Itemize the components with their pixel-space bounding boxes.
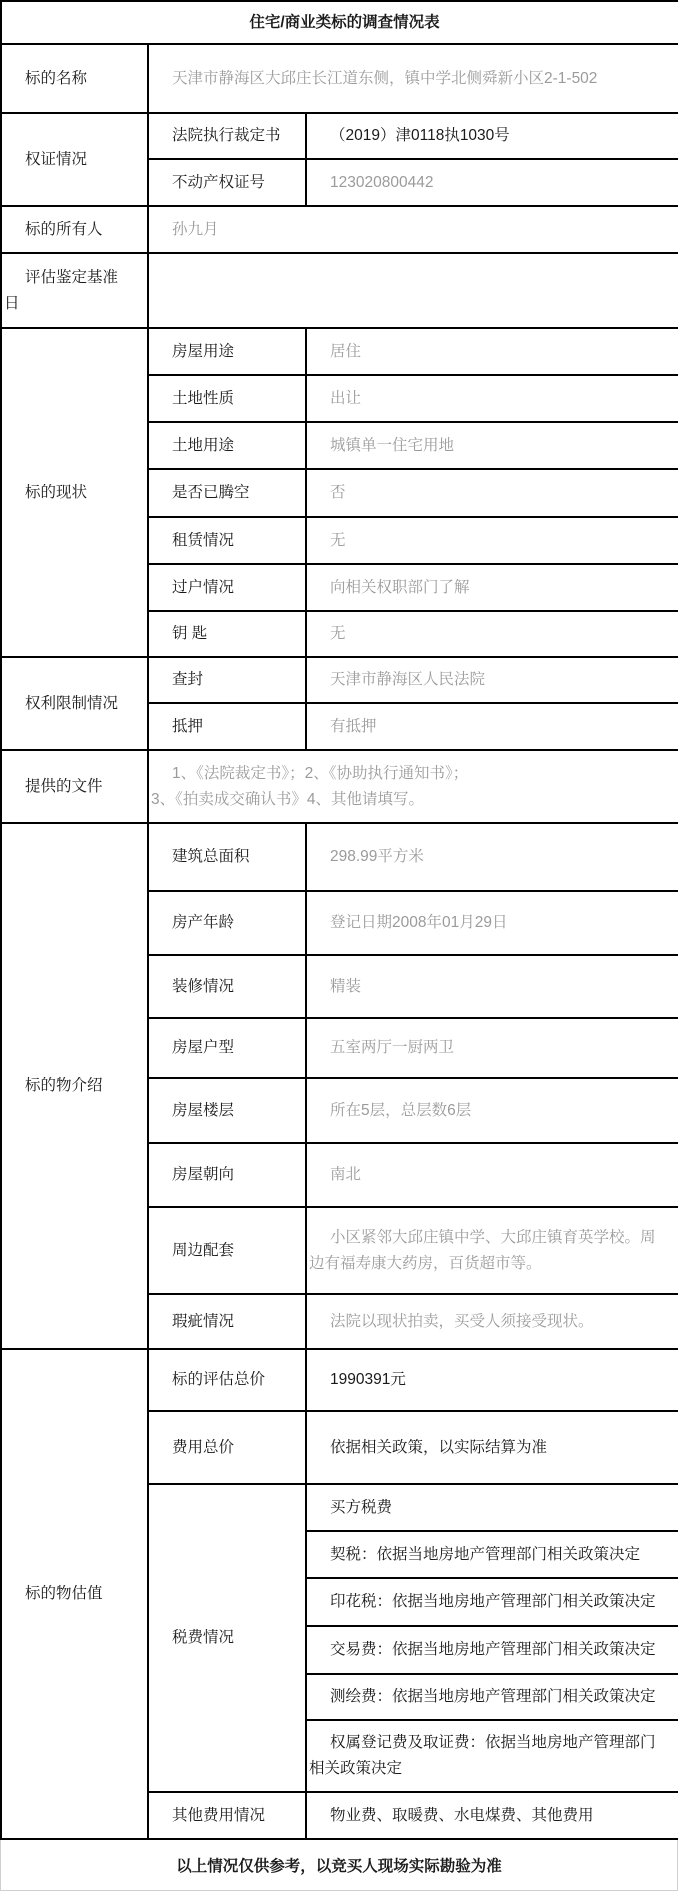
value-appraisal-total: 1990391元	[306, 1349, 678, 1411]
table-row: 提供的文件 1、《法院裁定书》；2、《协助执行通知书》； 3、《拍卖成交确认书》…	[1, 750, 678, 823]
value-provided-documents: 1、《法院裁定书》；2、《协助执行通知书》； 3、《拍卖成交确认书》4、其他请填…	[148, 750, 678, 823]
value-transaction-fee: 交易费：依据当地房地产管理部门相关政策决定	[306, 1626, 678, 1674]
label-land-nature: 土地性质	[148, 375, 306, 422]
value-other-fees: 物业费、取暖费、水电煤费、其他费用	[306, 1792, 678, 1839]
label-defects: 瑕疵情况	[148, 1294, 306, 1349]
label-transfer: 过户情况	[148, 564, 306, 611]
value-fee-total: 依据相关政策，以实际结算为准	[306, 1411, 678, 1484]
label-total-area: 建筑总面积	[148, 823, 306, 891]
label-seizure: 查封	[148, 657, 306, 703]
table-row: 标的现状 房屋用途 居住	[1, 328, 678, 375]
footer-disclaimer: 以上情况仅供参考，以竞买人现场实际勘验为准	[0, 1840, 678, 1891]
value-land-nature: 出让	[306, 375, 678, 422]
label-appraisal-base-date: 评估鉴定基准日	[1, 253, 148, 328]
survey-table: 住宅/商业类标的调查情况表 标的名称 天津市静海区大邱庄长江道东侧，镇中学北侧舜…	[0, 0, 678, 1840]
label-orientation: 房屋朝向	[148, 1143, 306, 1207]
section-label-property-intro: 标的物介绍	[1, 823, 148, 1349]
table-row: 评估鉴定基准日	[1, 253, 678, 328]
value-vacated: 否	[306, 469, 678, 517]
label-property-deed: 不动产权证号	[148, 159, 306, 206]
value-decoration: 精装	[306, 955, 678, 1018]
label-owner: 标的所有人	[1, 206, 148, 253]
table-row: 标的物估值 标的评估总价 1990391元	[1, 1349, 678, 1411]
label-house-use: 房屋用途	[148, 328, 306, 375]
value-registration-fee: 权属登记费及取证费：依据当地房地产管理部门相关政策决定	[306, 1720, 678, 1792]
section-label-valuation: 标的物估值	[1, 1349, 148, 1839]
table-row: 标的物介绍 建筑总面积 298.99平方米	[1, 823, 678, 891]
label-appraisal-total: 标的评估总价	[148, 1349, 306, 1411]
value-transfer: 向相关权职部门了解	[306, 564, 678, 611]
form-title: 住宅/商业类标的调查情况表	[1, 1, 678, 44]
value-defects: 法院以现状拍卖，买受人须接受现状。	[306, 1294, 678, 1349]
value-property-age: 登记日期2008年01月29日	[306, 891, 678, 955]
section-label-rights-restrictions: 权利限制情况	[1, 657, 148, 750]
label-lease: 租赁情况	[148, 517, 306, 564]
value-stamp-tax: 印花税：依据当地房地产管理部门相关政策决定	[306, 1578, 678, 1626]
label-vacated: 是否已腾空	[148, 469, 306, 517]
value-buyer-taxes: 买方税费	[306, 1484, 678, 1531]
value-court-ruling: （2019）津0118执1030号	[306, 113, 678, 159]
value-target-name: 天津市静海区大邱庄长江道东侧，镇中学北侧舜新小区2-1-502	[148, 44, 678, 113]
value-property-deed: 123020800442	[306, 159, 678, 206]
section-label-current-status: 标的现状	[1, 328, 148, 657]
table-row: 住宅/商业类标的调查情况表	[1, 1, 678, 44]
table-row: 权证情况 法院执行裁定书 （2019）津0118执1030号	[1, 113, 678, 159]
table-row: 标的名称 天津市静海区大邱庄长江道东侧，镇中学北侧舜新小区2-1-502	[1, 44, 678, 113]
table-row: 标的所有人 孙九月	[1, 206, 678, 253]
value-deed-tax: 契税：依据当地房地产管理部门相关政策决定	[306, 1531, 678, 1578]
value-appraisal-base-date	[148, 253, 678, 328]
value-house-floor: 所在5层，总层数6层	[306, 1078, 678, 1143]
section-label-certificates: 权证情况	[1, 113, 148, 206]
table-row: 权利限制情况 查封 天津市静海区人民法院	[1, 657, 678, 703]
label-target-name: 标的名称	[1, 44, 148, 113]
section-label-taxes: 税费情况	[148, 1484, 306, 1792]
label-fee-total: 费用总价	[148, 1411, 306, 1484]
value-total-area: 298.99平方米	[306, 823, 678, 891]
value-owner: 孙九月	[148, 206, 678, 253]
value-keys: 无	[306, 611, 678, 657]
label-house-floor: 房屋楼层	[148, 1078, 306, 1143]
label-surroundings: 周边配套	[148, 1207, 306, 1294]
label-keys: 钥 匙	[148, 611, 306, 657]
label-property-age: 房产年龄	[148, 891, 306, 955]
label-provided-documents: 提供的文件	[1, 750, 148, 823]
label-other-fees: 其他费用情况	[148, 1792, 306, 1839]
value-surroundings: 小区紧邻大邱庄镇中学、大邱庄镇育英学校。周边有福寿康大药房，百货超市等。	[306, 1207, 678, 1294]
value-mortgage: 有抵押	[306, 703, 678, 750]
value-house-use: 居住	[306, 328, 678, 375]
label-decoration: 装修情况	[148, 955, 306, 1018]
label-land-use: 土地用途	[148, 422, 306, 469]
label-court-ruling: 法院执行裁定书	[148, 113, 306, 159]
value-orientation: 南北	[306, 1143, 678, 1207]
value-house-layout: 五室两厅一厨两卫	[306, 1018, 678, 1078]
value-seizure: 天津市静海区人民法院	[306, 657, 678, 703]
survey-form: 住宅/商业类标的调查情况表 标的名称 天津市静海区大邱庄长江道东侧，镇中学北侧舜…	[0, 0, 678, 1891]
label-mortgage: 抵押	[148, 703, 306, 750]
value-surveying-fee: 测绘费：依据当地房地产管理部门相关政策决定	[306, 1674, 678, 1720]
value-lease: 无	[306, 517, 678, 564]
label-house-layout: 房屋户型	[148, 1018, 306, 1078]
value-land-use: 城镇单一住宅用地	[306, 422, 678, 469]
